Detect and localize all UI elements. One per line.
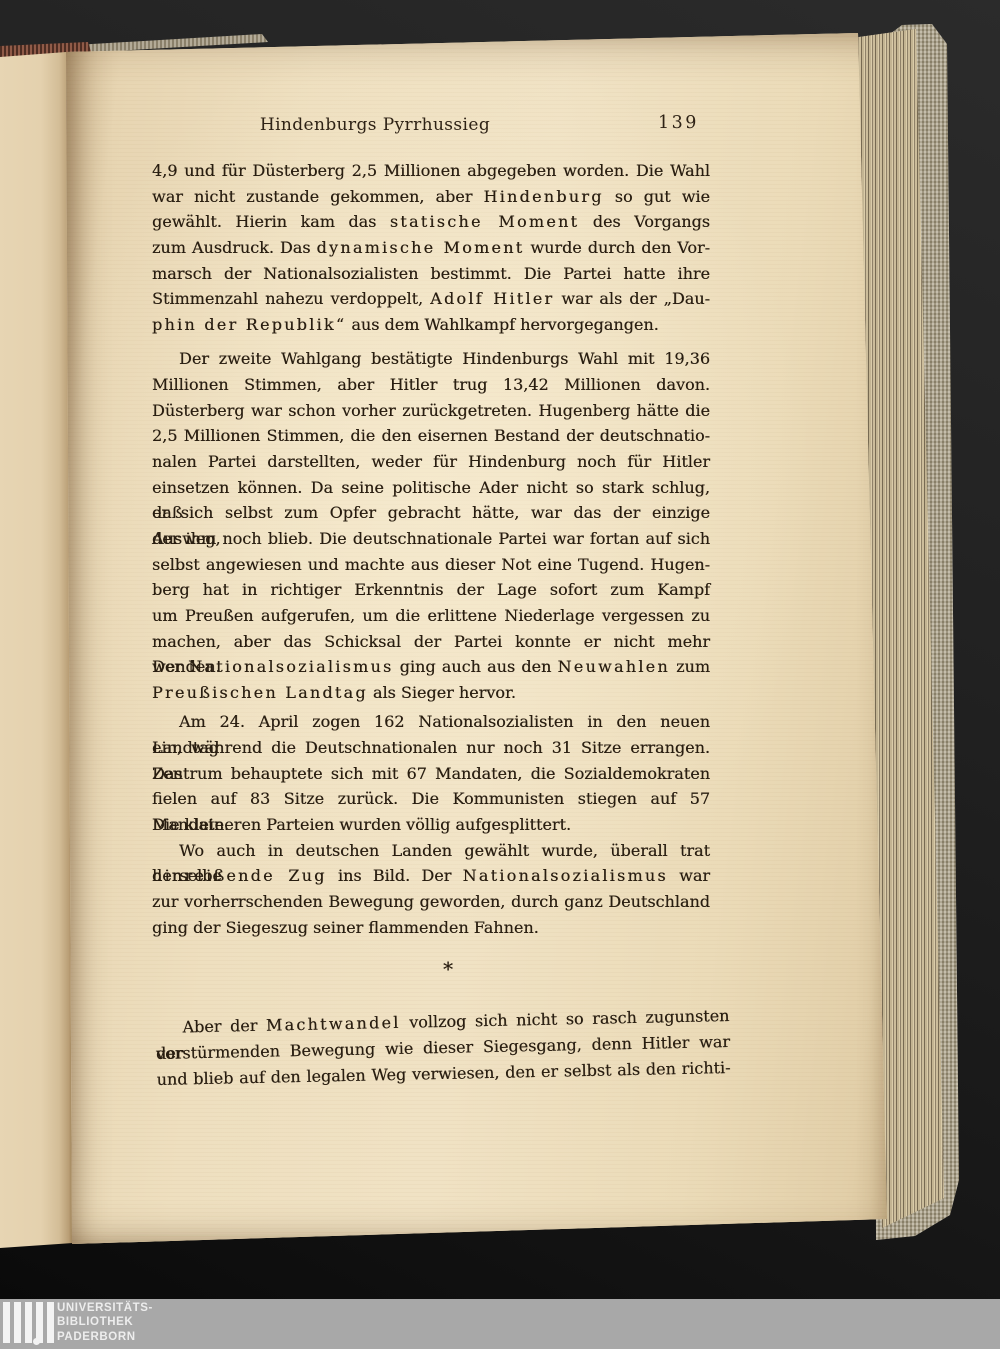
- paragraph: Am 24. April zogen 162 Nationalsozialist…: [152, 709, 710, 837]
- letterspaced-text: dynamische Moment: [317, 238, 525, 257]
- letterspaced-text: Neuwahlen: [558, 657, 670, 676]
- logo-bar: [25, 1302, 32, 1343]
- text-segment: Stimmenzahl nahezu verdoppelt,: [152, 289, 430, 308]
- text-line: Düsterberg war schon vorher zurückgetret…: [152, 398, 710, 424]
- letterspaced-text: Hindenburg: [483, 187, 603, 206]
- text-line: Stimmenzahl nahezu verdoppelt, Adolf Hit…: [152, 286, 710, 312]
- letterspaced-text: statische Moment: [390, 212, 579, 231]
- paragraph: 4,9 und für Düsterberg 2,5 Millionen abg…: [152, 158, 710, 337]
- logo-dot: [33, 1338, 40, 1345]
- body-text: 4,9 und für Düsterberg 2,5 Millionen abg…: [152, 158, 710, 982]
- paragraph: Aber der Machtwandel vollzog sich nicht …: [155, 1003, 731, 1093]
- text-line: zur vorherrschenden Bewegung geworden, d…: [152, 889, 710, 915]
- text-line: Der zweite Wahlgang bestätigte Hindenbur…: [152, 346, 710, 372]
- page-text-layer: Hindenburgs Pyrrhussieg 139 4,9 und für …: [0, 0, 1000, 1349]
- running-title: Hindenburgs Pyrrhussieg: [240, 115, 510, 135]
- library-name: UNIVERSITÄTS- BIBLIOTHEK PADERBORN: [57, 1301, 153, 1344]
- text-line: phin der Republik“ aus dem Wahlkampf her…: [152, 312, 710, 338]
- text-line: der ihm noch blieb. Die deutschnationale…: [152, 526, 710, 552]
- text-segment: war als der „Dau-: [554, 289, 710, 308]
- text-line: selbst angewiesen und machte aus dieser …: [152, 552, 710, 578]
- page-number: 139: [658, 113, 699, 133]
- letterspaced-text: Adolf Hitler: [430, 289, 554, 308]
- text-segment: ins Bild. Der: [327, 866, 463, 885]
- text-line: Zentrum behauptete sich mit 67 Mandaten,…: [152, 761, 710, 787]
- letterspaced-text: Machtwandel: [266, 1013, 401, 1035]
- text-line: Der Nationalsozialismus ging auch aus de…: [152, 654, 710, 680]
- text-segment: zum Ausdruck. Das: [152, 238, 317, 257]
- text-line: zum Ausdruck. Das dynamische Moment wurd…: [152, 235, 710, 261]
- paragraph: Wo auch in deutschen Landen gewählt wurd…: [152, 838, 710, 941]
- logo-bar: [3, 1302, 10, 1343]
- letterspaced-text: phin der Republik“: [152, 315, 346, 334]
- text-segment: zum: [670, 657, 710, 676]
- letterspaced-text: Nationalsozialismus: [188, 657, 393, 676]
- logo-bar: [36, 1302, 43, 1343]
- text-line: war nicht zustande gekommen, aber Hinden…: [152, 184, 710, 210]
- text-line: gewählt. Hierin kam das statische Moment…: [152, 209, 710, 235]
- text-segment: war: [668, 866, 710, 885]
- text-line: ein, während die Deutschnationalen nur n…: [152, 735, 710, 761]
- text-segment: war nicht zustande gekommen, aber: [152, 187, 483, 206]
- text-line: berg hat in richtiger Erkenntnis der Lag…: [152, 577, 710, 603]
- text-line: Die kleineren Parteien wurden völlig auf…: [152, 812, 710, 838]
- logo-bar: [14, 1302, 21, 1343]
- text-line: um Preußen aufgerufen, um die erlittene …: [152, 603, 710, 629]
- tail-paragraph: Aber der Machtwandel vollzog sich nicht …: [155, 1003, 731, 1093]
- library-name-line: UNIVERSITÄTS-: [57, 1301, 153, 1315]
- text-line: 4,9 und für Düsterberg 2,5 Millionen abg…: [152, 158, 710, 184]
- text-segment: Der: [152, 657, 188, 676]
- text-segment: Aber der: [182, 1016, 266, 1037]
- text-line: 2,5 Millionen Stimmen, die den eisernen …: [152, 423, 710, 449]
- text-line: Preußischen Landtag als Sieger hervor.: [152, 680, 710, 706]
- library-name-line: PADERBORN: [57, 1330, 153, 1344]
- text-line: einsetzen können. Da seine politische Ad…: [152, 475, 710, 501]
- text-segment: wurde durch den Vor-: [524, 238, 710, 257]
- text-segment: als Sieger hervor.: [368, 683, 516, 702]
- text-line: hinreißende Zug ins Bild. Der Nationalso…: [152, 863, 710, 889]
- text-segment: des Vorgangs: [579, 212, 710, 231]
- letterspaced-text: Nationalsozialismus: [463, 866, 668, 885]
- text-line: ging der Siegeszug seiner flammenden Fah…: [152, 915, 710, 941]
- text-line: machen, aber das Schicksal der Partei ko…: [152, 629, 710, 655]
- library-footer-band: UNIVERSITÄTS- BIBLIOTHEK PADERBORN: [0, 1299, 1000, 1349]
- library-name-line: BIBLIOTHEK: [57, 1315, 153, 1329]
- logo-bar: [47, 1302, 54, 1343]
- letterspaced-text: hinreißende Zug: [152, 866, 327, 885]
- scan-background: Hindenburgs Pyrrhussieg 139 4,9 und für …: [0, 0, 1000, 1349]
- letterspaced-text: Preußischen Landtag: [152, 683, 368, 702]
- text-line: Wo auch in deutschen Landen gewählt wurd…: [152, 838, 710, 864]
- text-line: Am 24. April zogen 162 Nationalsozialist…: [152, 709, 710, 735]
- text-line: Millionen Stimmen, aber Hitler trug 13,4…: [152, 372, 710, 398]
- library-logo-icon: [3, 1302, 54, 1343]
- text-segment: gewählt. Hierin kam das: [152, 212, 390, 231]
- text-line: fielen auf 83 Sitze zurück. Die Kommunis…: [152, 786, 710, 812]
- text-line: marsch der Nationalsozialisten bestimmt.…: [152, 261, 710, 287]
- text-line: nalen Partei darstellten, weder für Hind…: [152, 449, 710, 475]
- paragraph: Der zweite Wahlgang bestätigte Hindenbur…: [152, 346, 710, 705]
- text-segment: aus dem Wahlkampf hervorgegangen.: [346, 315, 659, 334]
- text-line: er sich selbst zum Opfer gebracht hätte,…: [152, 500, 710, 526]
- text-segment: ging auch aus den: [393, 657, 557, 676]
- text-segment: so gut wie: [604, 187, 710, 206]
- section-divider: *: [152, 956, 710, 982]
